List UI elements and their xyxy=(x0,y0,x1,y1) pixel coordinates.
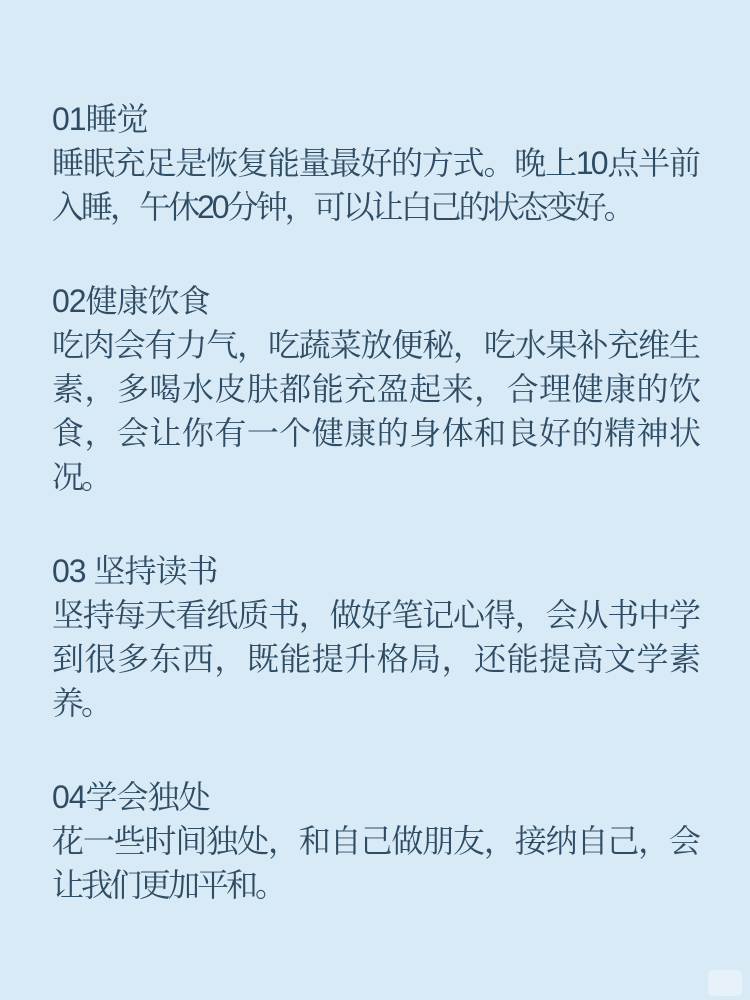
section-01-body-line-2: 入睡，午休20分钟，可以让白己的状态变好。 xyxy=(52,185,698,229)
faint-watermark xyxy=(708,970,742,996)
section-04-body-line-1: 花一些时间独处，和自己做朋友，接纳自己，会 xyxy=(52,819,698,863)
section-03-body-line-1: 坚持每天看纸质书，做好笔记心得，会从书中学 xyxy=(52,593,698,637)
section-02-body-line-3: 食，会让你有一个健康的身体和良好的精神状 xyxy=(52,411,698,455)
section-03-body-line-2: 到很多东西，既能提升格局，还能提高文学素 xyxy=(52,637,698,681)
section-02-heading: 02健康饮食 xyxy=(52,279,698,323)
section-03-heading: 03 坚持读书 xyxy=(52,549,698,593)
section-01-heading: 01睡觉 xyxy=(52,97,698,141)
section-03-body-line-3: 养。 xyxy=(52,681,698,725)
note-page: 01睡觉 睡眠充足是恢复能量最好的方式。晚上10点半前 入睡，午休20分钟，可以… xyxy=(0,0,750,1000)
section-04-body-line-2: 让我们更加平和。 xyxy=(52,863,698,907)
section-02-body-line-4: 况。 xyxy=(52,455,698,499)
section-04-heading: 04学会独处 xyxy=(52,775,698,819)
section-01-body-line-1: 睡眠充足是恢复能量最好的方式。晚上10点半前 xyxy=(52,141,698,185)
section-02-body-line-2: 素，多喝水皮肤都能充盈起来，合理健康的饮 xyxy=(52,367,698,411)
section-02-healthy-diet: 02健康饮食 吃肉会有力气，吃蔬菜放便秘，吃水果补充维生 素，多喝水皮肤都能充盈… xyxy=(52,279,698,499)
section-01-sleep: 01睡觉 睡眠充足是恢复能量最好的方式。晚上10点半前 入睡，午休20分钟，可以… xyxy=(52,97,698,229)
section-02-body-line-1: 吃肉会有力气，吃蔬菜放便秘，吃水果补充维生 xyxy=(52,323,698,367)
section-03-keep-reading: 03 坚持读书 坚持每天看纸质书，做好笔记心得，会从书中学 到很多东西，既能提升… xyxy=(52,549,698,725)
section-04-solitude: 04学会独处 花一些时间独处，和自己做朋友，接纳自己，会 让我们更加平和。 xyxy=(52,775,698,907)
